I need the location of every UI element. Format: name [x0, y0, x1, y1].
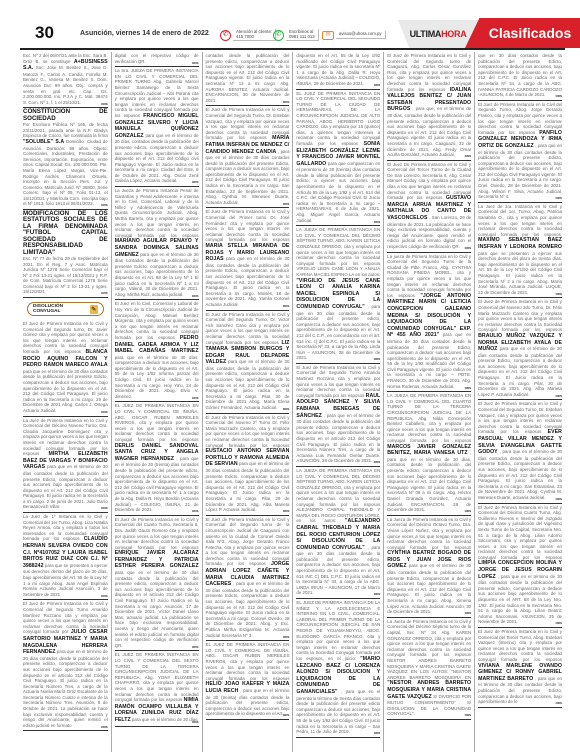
classified-ad: El Juez de Primera Instancia en lo Civil…: [387, 52, 471, 161]
ad-body: EL JUEZ DE PRIMERA INSTANCIA DE LA NIÑEZ…: [296, 600, 380, 661]
classified-ad: LA JUEZA DE PRIMERA INSTANCIA EN LO CIVI…: [296, 467, 380, 599]
ad-body: El Juez de Primera Instancia en lo Civil…: [478, 299, 562, 332]
classified-ad: El Juez de Primera Instancia en lo Civil…: [478, 400, 562, 503]
ad-code: ODS: [374, 460, 381, 466]
classified-ad: LA JUEZA DE PRIMERA INSTANCIA EN LO CIVI…: [387, 392, 471, 515]
ad-body: contados desde la publicación del presen…: [206, 53, 290, 103]
section-banner-label: DISOLUCIÓN CONYUGAL: [33, 304, 90, 314]
ad-code: ODS: [283, 304, 290, 310]
ad-body-cont: para que en el término de 30 días contad…: [23, 649, 108, 728]
ad-body-cont: , para que en el término de 30 días cont…: [206, 149, 290, 205]
ad-body-cont: , para que en el término de 30 (treinta)…: [115, 456, 199, 512]
ad-body: El Juez de Primera Instancia en lo Civil…: [206, 517, 290, 567]
ad-code: ODS: [101, 203, 108, 209]
ad-body: La Jueza de Primera Instancia en lo Civi…: [387, 619, 471, 680]
ad-code: ODS: [374, 220, 381, 226]
classified-ad: LA JUEZA DE PRIMERA INSTANCIA EN LO CIVI…: [296, 226, 380, 364]
ad-code: ODS: [283, 635, 290, 641]
ad-body: EL JUEZ DE PRIMERA INSTANCIA EN LO CIVIL…: [206, 642, 290, 681]
classified-ad: El Juez de Primera Instancia en lo Civil…: [115, 516, 199, 652]
ad-code: ODS: [555, 196, 562, 202]
classifieds-columns: Esc. Nº 2 del 06/07/21 ante la Esc. Sara…: [20, 52, 565, 752]
ad-code: ODS: [555, 701, 562, 707]
ad-body: La Sra. JUEZA DE PRIMERA INSTANCIA EN LO…: [115, 68, 199, 118]
classified-ad: El Juez de Primera Instancia en lo Civil…: [206, 414, 290, 516]
ad-code: ODS: [465, 386, 472, 392]
phone-icon: ✆: [220, 30, 231, 41]
ad-body-cont: , para que en 30 días contados desde la …: [296, 545, 380, 596]
ad-body-cont: para que en el término de 30 días contad…: [206, 256, 290, 307]
header-rule: [20, 48, 565, 50]
classified-ad: MODIFICACION DE LOS ESTATUTOS SOCIALES D…: [23, 210, 108, 298]
ad-body: El Juez de Primera Instancia en lo Civil…: [206, 312, 290, 345]
ad-body: dispuesto en el Art. 55 de la Ley 1/92 m…: [296, 53, 380, 86]
page-header: 30 Asunción, viernes 14 de enero de 2022…: [20, 18, 565, 48]
classified-ad: EL JUEZ DE PRIMERA INSTANCIA EN LO CIVIL…: [115, 402, 199, 515]
contact-email[interactable]: ✉ avisos@uhora.com.py: [322, 25, 386, 45]
ad-code: ODS: [283, 509, 290, 515]
ad-body-cont: para que se presenten a ejercer sus dere…: [478, 251, 562, 295]
ad-body: El Juez de Primera Instancia en lo Civil…: [115, 517, 199, 550]
ad-code: ODS: [374, 83, 381, 89]
ad-code: ODS: [283, 713, 290, 719]
classified-ad: El Juez de Primera Instancia en lo Civil…: [478, 298, 562, 400]
classified-ad: EL JUEZ DE PRIMERA INSTANCIA EN LO CIVIL…: [206, 641, 290, 720]
ad-code: ODS: [101, 725, 108, 731]
section-title: Clasificados: [465, 18, 580, 48]
ad-code: ODS: [101, 410, 108, 416]
ad-body: El Juez de Primera Instancia en lo Civil…: [478, 505, 562, 560]
ad-body: EL JUEZ DE PRIMERA INSTANCIA EN LO CIVIL…: [115, 652, 199, 702]
ad-code: ODS: [374, 357, 381, 363]
ad-code: ODS: [192, 294, 199, 300]
classified-ad: El Juez de Primera Instancia en lo Civil…: [478, 101, 562, 203]
ad-code: ODS: [465, 154, 472, 160]
pencil-paper-icon: ✎: [90, 305, 98, 314]
classified-ad: El Juez de Primera Instancia en lo Civil…: [478, 628, 562, 708]
ad-code: ODS: [192, 61, 199, 67]
ad-code: ODS: [374, 731, 381, 737]
ad-code: ODS: [374, 592, 381, 598]
ad-code: ODS: [192, 645, 199, 651]
ad-code: ODS: [192, 720, 199, 726]
column-1: Esc. Nº 2 del 06/07/21 ante la Esc. Sara…: [20, 52, 111, 752]
ad-body: Por Escritura Pública Nº 165, de fecha 2…: [23, 122, 108, 138]
contact-whatsapp[interactable]: ✆ Escribinos al0981 111 013: [273, 25, 319, 45]
ad-body: digital con el respectivo código de veri…: [115, 53, 199, 64]
classified-ad: EL JUEZ DE PRIMERA INSTANCIA EN LO CIVIL…: [115, 651, 199, 726]
classified-ad: contados desde la publicación del presen…: [206, 52, 290, 106]
ad-body-cont: para que en el término de 30 días, compa…: [115, 355, 199, 399]
ad-code: ODS: [101, 594, 108, 600]
column-3: contados desde la publicación del presen…: [202, 52, 293, 752]
ad-body-cont: Domicilio: Ciudad de Asunción. Duración:…: [23, 139, 108, 207]
classified-ad: La Jueza de Primera Instancia Penal de G…: [115, 187, 199, 300]
classified-ad: EL JUEZ DE PRIMERA INSTANCIA EN LO CIVIL…: [296, 90, 380, 227]
mail-icon: ✉: [322, 31, 334, 40]
classified-ad: La Jueza de Primera Instancia en lo Civi…: [387, 618, 471, 720]
ad-body-cont: , para que en 30 días contados desde la …: [296, 304, 380, 360]
ad-code: ODS: [465, 713, 472, 719]
classified-ad: La Juez de Primera Instancia en lo Civil…: [23, 417, 108, 514]
ad-body: que en 30 días contados desde la publica…: [478, 53, 562, 97]
classified-ad: El Juez de Primera Instancia en lo Civil…: [206, 208, 290, 310]
contact-phone[interactable]: ✆ Atención al cliente:415 7000: [220, 25, 276, 45]
ad-body-cont: para que en el término de 30 días contad…: [478, 346, 562, 397]
ad-parties: MARCOS JAVIER GONZALEZ BENITEZ, MARIA VA…: [387, 444, 471, 457]
ad-body: La Jueza de Primera Instancia en lo Civi…: [387, 517, 471, 550]
page-date: Asunción, viernes 14 de enero de 2022: [80, 30, 209, 37]
classified-ad: La Jueza de Primera Instancia en lo Civi…: [387, 516, 471, 618]
ad-code: ODS: [101, 291, 108, 297]
ad-body-cont: para que en el término de 30 días, conta…: [115, 133, 199, 184]
classified-ad: La Juez de 1º Instancia en lo Civil y Co…: [23, 513, 108, 600]
ad-title: CONSTITUCION DE SOCIEDAD: [23, 109, 108, 122]
ad-body-cont: para que en el término de 30 días contad…: [23, 369, 108, 413]
classified-ad: EL JUEZ DE PRIMERA INSTANCIA DE LA NIÑEZ…: [296, 599, 380, 738]
column-2: digital con el respectivo código de veri…: [111, 52, 202, 752]
ad-code: ODS: [192, 509, 199, 515]
ad-body-cont: para que en el término de 30 días contad…: [23, 464, 108, 509]
classified-ad: La jueza de Primera Instancia en lo Civi…: [387, 253, 471, 393]
ad-code: ODS: [555, 292, 562, 298]
ad-body-cont: para que en el término de 30 días contad…: [206, 461, 290, 512]
ad-body: LA JUEZA DE PRIMERA INSTANCIA EN LO CIVI…: [296, 468, 380, 523]
ad-body-cont: Soc: Jose M. Benitez S., Jose D. Matozzi…: [23, 65, 108, 105]
ad-title: MODIFICACION DE LOS ESTATUTOS SOCIALES D…: [23, 211, 108, 256]
ad-body: La Juez de 1ra. Instancia en lo Civil y …: [478, 204, 562, 237]
ad-code: ODS: [555, 94, 562, 100]
classified-ad: La Juez de 1ra. Instancia en lo Civil y …: [478, 203, 562, 299]
column-5: El Juez de Primera Instancia en lo Civil…: [383, 52, 474, 752]
page-number: 30: [35, 23, 54, 43]
ad-code: ODS: [465, 246, 472, 252]
ad-code: ODS: [555, 497, 562, 503]
ad-code: ODS: [192, 396, 199, 402]
contact-whatsapp-value: 0981 111 013: [289, 34, 315, 39]
classified-ad: La Sra. JUEZA DE PRIMERA INSTANCIA EN LO…: [115, 67, 199, 187]
ad-body-cont: para que en el término de 30 días contad…: [206, 359, 290, 410]
ad-body-cont: , para que, en el término de 30 días, co…: [387, 106, 471, 157]
classified-ad: Esc. Nº 2 del 06/07/21 ante la Esc. Sara…: [23, 52, 108, 108]
brand-logo: ULTIMAHORA: [398, 20, 478, 48]
ad-body: Esc. Nº 77 de fecha 29 de Septiembre del…: [23, 256, 108, 295]
classified-ad: El Juez de Primera Instancia en lo Civil…: [23, 600, 108, 731]
ad-body: LA JUEZA DE PRIMERA INSTANCIA EN LO CIVI…: [387, 393, 471, 443]
ad-code: ODS: [465, 509, 472, 515]
classified-ad: que en 30 días contados desde la publica…: [478, 52, 562, 101]
ad-body: EL JUEZ DE PRIMERA INSTANCIA EN LO CIVIL…: [115, 403, 199, 442]
contact-phone-value: 415 7000: [236, 34, 254, 39]
ad-body-cont: , para que en el perentorio término de t…: [296, 689, 380, 734]
ad-parties: "SOLUBLE" S.A: [23, 139, 64, 145]
classified-ad: El Juez de Primera Instancia en lo Civil…: [296, 364, 380, 467]
ad-body: La Jueza de Primera Instancia Penal de G…: [115, 188, 199, 238]
column-6: que en 30 días contados desde la publica…: [474, 52, 565, 752]
brand-suffix: HORA: [441, 29, 466, 39]
ad-body-cont: , para que en el término de 30 días cont…: [206, 581, 290, 637]
classified-ad: El Juez de Primera Instancia en lo Civil…: [206, 311, 290, 414]
classified-ad: El Juez en lo Civil, Comercial y Laboral…: [115, 300, 199, 402]
ad-code: ODS: [283, 407, 290, 413]
classified-ad: CONSTITUCION DE SOCIEDADPor Escritura Pú…: [23, 108, 108, 210]
ad-body-cont: , para que en el término de 30 días cont…: [296, 413, 380, 464]
classified-ad: El Juez De Primera Instancia en lo Civil…: [387, 161, 471, 253]
ad-code: ODS: [555, 394, 562, 400]
ad-body-cont: , para que en el término de 30 días, con…: [387, 450, 471, 512]
ad-body-cont: , para que en el término de 30 días cont…: [478, 574, 562, 625]
ad-code: ODS: [283, 100, 290, 106]
ad-code: ODS: [555, 621, 562, 627]
ad-code: ODS: [101, 102, 108, 108]
ad-body: LA JUEZA DE PRIMERA INSTANCIA EN LO CIVI…: [296, 227, 380, 277]
ad-body-cont: , para que en el término de 30 días cont…: [478, 449, 562, 500]
ad-body-cont: para que en el término de 30 días contad…: [115, 570, 199, 648]
ad-code: ODS: [192, 180, 199, 186]
ad-body: EL JUEZ DE PRIMERA INSTANCIA EN LO CIVIL…: [296, 91, 380, 146]
ad-body-cont: para que en el término de 30 días contad…: [115, 252, 199, 297]
whatsapp-icon: ✆: [273, 30, 284, 41]
ad-body-cont: , para que en el término de 30 días cont…: [478, 143, 562, 199]
classified-ad: El Juez de Primera Instancia en lo Civil…: [206, 516, 290, 641]
classified-ad: El Juez de Primera Instancia en lo Civil…: [206, 106, 290, 208]
classified-ad: El Juez de Primera Instancia en lo Civil…: [478, 504, 562, 628]
ad-code: ODS: [283, 202, 290, 208]
brand-prefix: ULTIMA: [410, 29, 442, 39]
classified-ad: dispuesto en el Art. 55 de la Ley 1/92 m…: [296, 52, 380, 90]
ad-code: ODS: [101, 506, 108, 512]
ad-body: El Juez de Primera Instancia en lo Civil…: [478, 629, 562, 662]
classified-ad: El Juez de Primera Instancia en lo Civil…: [23, 320, 108, 417]
column-4: dispuesto en el Art. 55 de la Ley 1/92 m…: [292, 52, 383, 752]
classified-ad: digital con el respectivo código de veri…: [115, 52, 199, 67]
contact-email-value: avisos@uhora.com.py: [339, 31, 382, 36]
section-banner: DISOLUCIÓN CONYUGAL✎: [27, 302, 104, 316]
ad-body-cont: para que comparezcan en el perentorio de…: [296, 161, 380, 223]
ad-body: La jueza de Primera Instancia en lo Civi…: [387, 254, 471, 298]
ad-code: ODS: [465, 611, 472, 617]
ad-body-cont: para que en el término de 30 días: [131, 717, 198, 722]
ad-body: El Juez de Primera Instancia en lo Civil…: [206, 415, 290, 448]
ad-parties: ENRIQUE JAVIER ALCARAZ FERNANDEZ Y PATRI…: [115, 550, 199, 569]
ad-parties: MAXIMO SEBASTIAN BAEZ INSFRAN Y LEONORA …: [478, 237, 562, 250]
ad-body-cont: para que en el término de 30 días contad…: [387, 563, 471, 614]
ad-body-cont: para que en término de 30 días contados …: [387, 332, 471, 388]
ad-body: El Juez de Primera Instancia en lo Civil…: [206, 209, 290, 242]
